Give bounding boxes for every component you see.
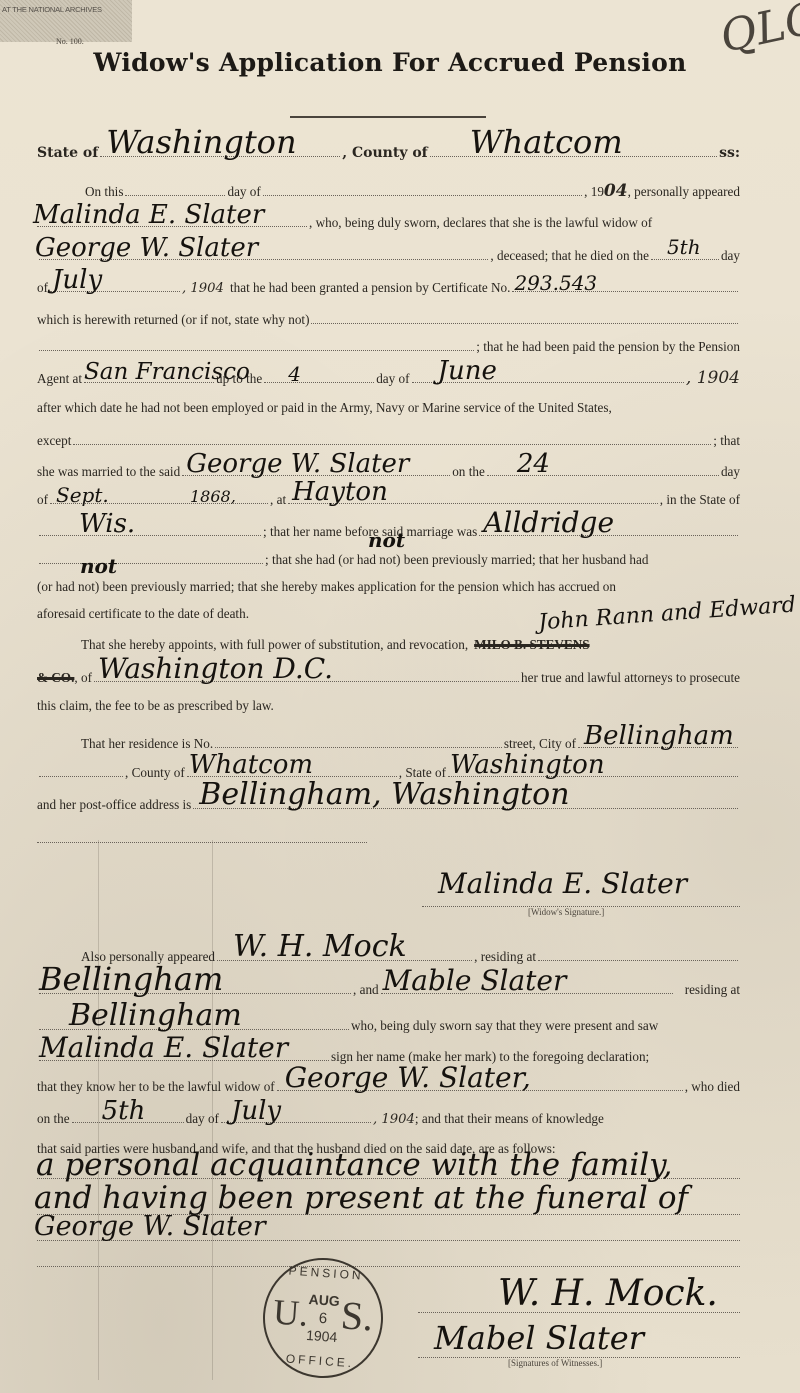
- previously-married-field: [39, 550, 263, 564]
- attorney-line-2: & CO. , of Washington D.C. her true and …: [37, 668, 740, 687]
- county-label: , County of: [342, 144, 427, 162]
- maiden-name: Alldridge: [483, 509, 614, 537]
- witness-on-the-label: on the: [37, 1110, 70, 1128]
- statement-line-1: a personal acquaintance with the family,: [36, 1150, 672, 1181]
- declaration-line-4: of July , 1904 that he had been granted …: [37, 278, 740, 298]
- paid-year: , 1904: [686, 369, 740, 387]
- witness-year: , 1904: [373, 1111, 415, 1129]
- declaration-line-9: except ; that: [37, 431, 740, 450]
- why-not-field: [311, 310, 738, 324]
- postmark-right: S.: [339, 1291, 374, 1340]
- death-month: July: [52, 267, 102, 293]
- attorney-line-3: this claim, the fee to be as prescribed …: [37, 697, 740, 715]
- blank-rule: [37, 842, 367, 843]
- paid-month: June: [438, 358, 497, 384]
- year-value: 04: [604, 182, 628, 200]
- paid-by-agent-text: ; that he had been paid the pension by t…: [476, 338, 740, 356]
- page-title: Widow's Application For Accrued Pension: [0, 48, 780, 77]
- death-year: , 1904: [182, 280, 224, 298]
- witness1-residence-field: Bellingham: [39, 980, 351, 994]
- marriage-year: 1868,: [190, 489, 236, 505]
- after-which-text: after which date he had not been employe…: [37, 399, 612, 417]
- day-field: [125, 182, 225, 196]
- she-previously-text: ; that she had (or had not) been previou…: [265, 551, 648, 569]
- in-state-of-text: , in the State of: [660, 491, 740, 509]
- residence-line-3: and her post-office address is Bellingha…: [37, 795, 740, 814]
- city-value: Bellingham: [584, 723, 734, 749]
- declaration-line-10: she was married to the said George W. Sl…: [37, 462, 740, 481]
- document-page: AT THE NATIONAL ARCHIVES No. 100. QLG Wi…: [0, 0, 800, 1393]
- marriage-month: Sept.: [56, 485, 109, 505]
- married-to-text: she was married to the said: [37, 463, 180, 481]
- witness2-residence-field: Bellingham: [39, 1016, 349, 1030]
- agent-at-label: Agent at: [37, 370, 82, 388]
- residence-county-label: , County of: [125, 764, 185, 782]
- witness2-name-field: Mable Slater: [381, 980, 673, 994]
- attorney-of-label: , of: [74, 669, 92, 687]
- declaration-line-11: of Sept. 1868, , at Hayton , in the Stat…: [37, 490, 740, 509]
- statement-line-3: George W. Slater: [34, 1213, 266, 1240]
- claimant-field: Malinda E. Slater: [37, 213, 307, 227]
- venue-line: State of Washington , County of Whatcom …: [37, 143, 740, 162]
- witness-husband-field: George W. Slater,: [277, 1077, 683, 1091]
- marriage-day-label: day: [721, 463, 740, 481]
- fee-text: this claim, the fee to be as prescribed …: [37, 697, 274, 715]
- agent-location: San Francisco: [84, 361, 250, 384]
- county-value: Whatcom: [470, 126, 623, 158]
- city-field: Bellingham: [578, 734, 738, 748]
- personally-appeared-label: , personally appeared: [628, 183, 740, 201]
- witness2-signature: Mabel Slater: [434, 1322, 644, 1354]
- death-day-field: 5th: [651, 246, 719, 260]
- post-office-label: and her post-office address is: [37, 796, 191, 814]
- herewith-returned-text: which is herewith returned (or if not, s…: [37, 311, 309, 329]
- witness-line-2: Bellingham , and Mable Slater residing a…: [37, 980, 740, 999]
- on-this-label: On this: [85, 183, 123, 201]
- who-being-text: , who, being duly sworn, declares that s…: [309, 214, 652, 232]
- widow-signature: Malinda E. Slater: [438, 870, 687, 898]
- residence-line-1: That her residence is No. street, City o…: [37, 734, 740, 753]
- marriage-day: 24: [517, 451, 550, 477]
- residence-county: Whatcom: [189, 752, 313, 778]
- witness-husband-name: George W. Slater,: [285, 1064, 531, 1092]
- witness-death-month: July: [231, 1098, 281, 1124]
- death-month-field: July: [50, 278, 180, 292]
- married-to-name: George W. Slater: [186, 451, 409, 477]
- witness1-signature: W. H. Mock.: [498, 1276, 718, 1312]
- except-label: except: [37, 432, 71, 450]
- claimant-name: Malinda E. Slater: [33, 202, 264, 228]
- deceased-text: , deceased; that he died on the: [490, 247, 649, 265]
- post-office-value: Bellingham, Washington: [199, 780, 569, 810]
- paid-month-field: June: [412, 369, 684, 383]
- postmark-bottom: OFFICE.: [262, 1350, 379, 1372]
- declaration-line-5: which is herewith returned (or if not, s…: [37, 310, 740, 329]
- husband-not-insert: not: [80, 556, 117, 576]
- who-died-text: , who died: [685, 1078, 740, 1096]
- statement-rule-4: [37, 1266, 740, 1267]
- witness-line-5: that they know her to be the lawful wido…: [37, 1077, 740, 1096]
- struck-co: & CO.: [37, 669, 74, 687]
- struck-attorney-name: MILO B. STEVENS: [474, 636, 589, 654]
- witness-death-month-field: July: [221, 1109, 371, 1123]
- marriage-state-field: Wis.: [39, 522, 261, 536]
- witness2-name: Mable Slater: [383, 967, 567, 995]
- day-label: day: [721, 247, 740, 265]
- marriage-state: Wis.: [79, 511, 135, 537]
- witness-day-of-label: day of: [186, 1110, 219, 1128]
- husband-previously-text: (or had not) been previously married; th…: [37, 578, 616, 596]
- declaration-line-14: (or had not) been previously married; th…: [37, 578, 740, 596]
- declaration-line-13: ; that she had (or had not) been previou…: [37, 550, 740, 569]
- witness-death-day: 5th: [102, 1098, 146, 1124]
- witness1-name: W. H. Mock: [233, 932, 407, 962]
- form-number: No. 100.: [56, 37, 84, 46]
- witness2-residence: Bellingham: [69, 1001, 242, 1031]
- residence-county-field: Whatcom: [187, 763, 397, 777]
- year-prefix: , 19: [584, 183, 604, 201]
- attorney-city: Washington D.C.: [98, 655, 333, 683]
- certificate-number: 293.543: [514, 273, 597, 293]
- paid-day-field: 4: [264, 369, 374, 383]
- witness-claimant-field: Malinda E. Slater: [39, 1047, 329, 1061]
- archive-stamp: AT THE NATIONAL ARCHIVES: [0, 0, 132, 42]
- marriage-place: Hayton: [292, 479, 388, 505]
- pension-office-postmark: PENSION U. AUG 6 1904 S. OFFICE.: [259, 1254, 387, 1382]
- being-sworn-text: who, being duly sworn say that they were…: [351, 1017, 658, 1035]
- pension-granted-text: that he had been granted a pension by Ce…: [230, 279, 511, 297]
- title-rule: [290, 116, 486, 118]
- state-value: Washington: [106, 126, 296, 158]
- declaration-line-8: after which date he had not been employe…: [37, 399, 740, 417]
- except-field: [73, 431, 711, 445]
- paid-day: 4: [288, 364, 301, 384]
- witness-claimant-name: Malinda E. Slater: [39, 1034, 288, 1062]
- on-the-label: on the: [452, 463, 485, 481]
- declaration-line-2: Malinda E. Slater , who, being duly swor…: [37, 213, 740, 232]
- married-to-field: George W. Slater: [182, 462, 450, 476]
- aforesaid-text: aforesaid certificate to the date of dea…: [37, 605, 249, 623]
- witness-signatures-caption: [Signatures of Witnesses.]: [508, 1358, 602, 1368]
- paid-day-of-label: day of: [376, 370, 409, 388]
- true-and-lawful-text: her true and lawful attorneys to prosecu…: [521, 669, 740, 687]
- witness1-signature-line: [418, 1312, 740, 1313]
- day-of-label: day of: [227, 183, 260, 201]
- marriage-of-label: of: [37, 491, 48, 509]
- declaration-line-7: Agent at San Francisco up to the 4 day o…: [37, 369, 740, 388]
- ss-label: ss:: [719, 144, 740, 162]
- residence-blank: [39, 763, 123, 777]
- statement-line-2: and having been present at the funeral o…: [34, 1183, 688, 1214]
- widow-signature-caption: [Widow's Signature.]: [528, 907, 604, 917]
- husband-name: George W. Slater: [35, 235, 258, 261]
- know-her-text: that they know her to be the lawful wido…: [37, 1078, 275, 1096]
- death-day: 5th: [667, 237, 701, 257]
- witness1-residence-blank: [538, 947, 738, 961]
- means-of-knowledge-text: ; and that their means of knowledge: [415, 1110, 604, 1128]
- agent-location-field: San Francisco: [84, 369, 214, 383]
- post-office-field: Bellingham, Washington: [193, 795, 738, 809]
- witness-death-day-field: 5th: [72, 1109, 184, 1123]
- why-not-field-2: [39, 337, 474, 351]
- residing-at-2-label: residing at: [685, 981, 740, 999]
- marriage-place-field: Hayton: [288, 490, 658, 504]
- state-label: State of: [37, 144, 98, 162]
- witness1-residence: Bellingham: [39, 963, 223, 995]
- of-label: of: [37, 279, 48, 297]
- declaration-line-6: ; that he had been paid the pension by t…: [37, 337, 740, 356]
- county-field: Whatcom: [430, 143, 717, 157]
- witness-line-6: on the 5th day of July , 1904 ; and that…: [37, 1109, 740, 1129]
- month-field: [263, 182, 582, 196]
- residence-state: Washington: [450, 752, 605, 778]
- husband-field: George W. Slater: [39, 246, 488, 260]
- at-label: , at: [270, 491, 286, 509]
- declaration-line-3: George W. Slater , deceased; that he die…: [37, 246, 740, 265]
- declaration-line-1: On this day of , 19 04 , personally appe…: [37, 182, 740, 201]
- witness1-name-field: W. H. Mock: [217, 947, 472, 961]
- and-label: , and: [353, 981, 379, 999]
- state-field: Washington: [100, 143, 340, 157]
- marriage-day-field: 24: [487, 462, 719, 476]
- residence-state-field: Washington: [448, 763, 738, 777]
- maiden-name-field: Alldridge: [479, 522, 738, 536]
- attorney-city-field: Washington D.C.: [94, 668, 519, 682]
- marriage-date-field: Sept. 1868,: [50, 490, 268, 504]
- except-that-text: ; that: [713, 432, 740, 450]
- certificate-field: 293.543: [512, 278, 738, 292]
- street-field: [215, 734, 502, 748]
- she-not-insert: not: [368, 530, 405, 550]
